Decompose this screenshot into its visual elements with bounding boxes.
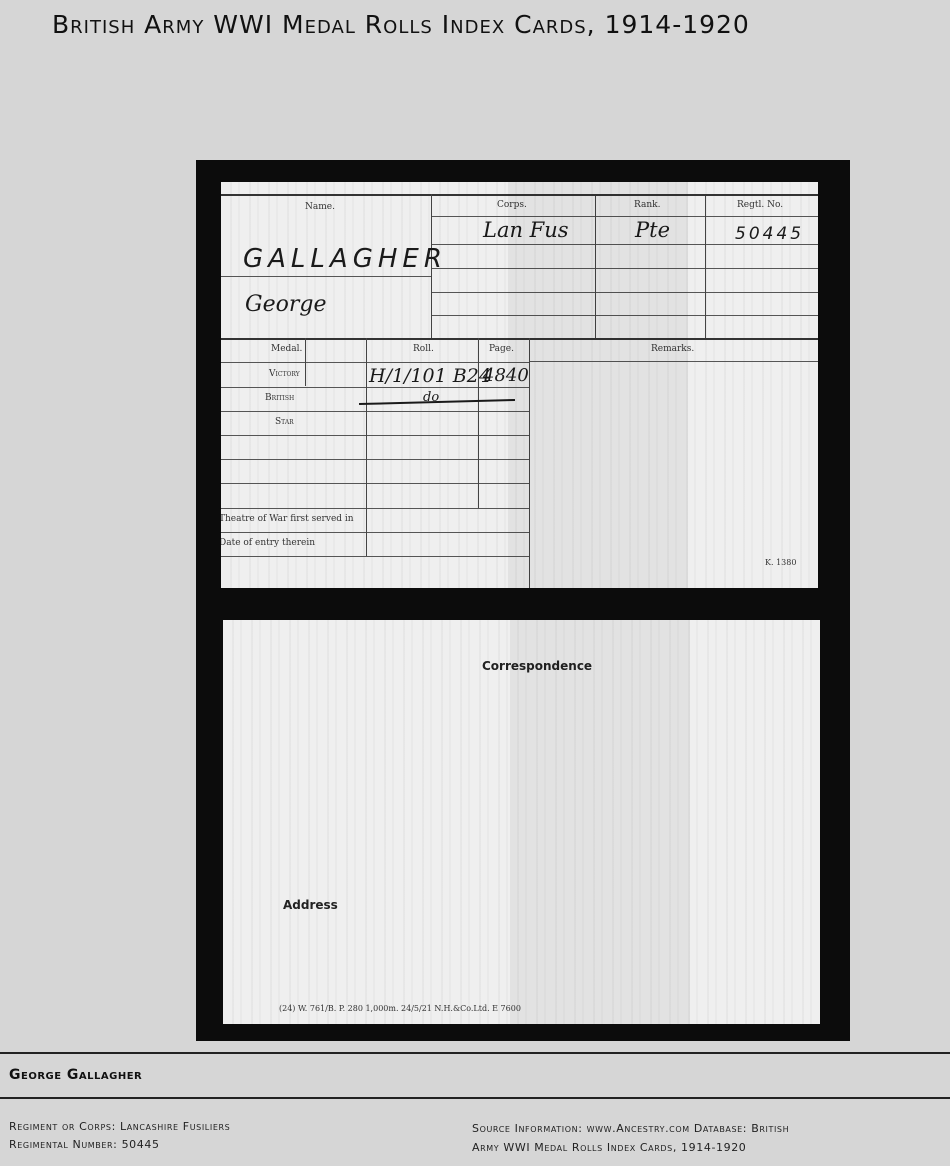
card-rule xyxy=(221,508,529,509)
footer-divider xyxy=(0,1052,950,1054)
card-rule xyxy=(431,216,818,217)
theatre-of-war-label: Theatre of War first served in xyxy=(221,514,354,524)
star-medal-label: Star xyxy=(275,417,294,427)
card-rule xyxy=(431,315,818,316)
card-rule xyxy=(221,435,529,436)
regtl-no-value: 50445 xyxy=(735,224,804,244)
soldier-name: George Gallagher xyxy=(9,1067,142,1083)
source-info-line-2: Army WWI Medal Rolls Index Cards, 1914-1… xyxy=(472,1139,746,1157)
rank-label: Rank. xyxy=(634,200,660,210)
index-card-back: Correspondence Address (24) W. 761/B. P.… xyxy=(223,620,820,1024)
card-rule xyxy=(478,338,479,508)
british-medal-label: British xyxy=(265,393,294,403)
card-rule xyxy=(221,338,818,340)
page-title: British Army WWI Medal Rolls Index Cards… xyxy=(52,10,750,39)
card-rule xyxy=(221,483,529,484)
card-rule xyxy=(221,194,818,196)
name-label: Name. xyxy=(305,202,335,212)
british-ditto-value: do xyxy=(423,390,439,405)
corps-label: Corps. xyxy=(497,200,527,210)
card-rule xyxy=(431,292,818,293)
roll-label: Roll. xyxy=(413,344,434,354)
card-rule xyxy=(305,338,306,386)
corps-value: Lan Fus xyxy=(483,218,569,242)
regimental-number-line: Regimental Number: 50445 xyxy=(9,1136,160,1154)
printer-imprint: (24) W. 761/B. P. 280 1,000m. 24/5/21 N.… xyxy=(279,1004,521,1013)
card-rule xyxy=(221,459,529,460)
card-rule xyxy=(431,268,818,269)
medal-label: Medal. xyxy=(271,344,302,354)
card-rule xyxy=(529,361,818,362)
address-label: Address xyxy=(283,898,338,912)
card-rule xyxy=(431,244,818,245)
remarks-label: Remarks. xyxy=(651,344,694,354)
card-rule xyxy=(366,338,367,556)
source-info-line-1: Source Information: www.Ancestry.com Dat… xyxy=(472,1120,789,1138)
surname-value: GALLAGHER xyxy=(243,244,447,274)
victory-page-value: 4840 xyxy=(483,365,529,386)
victory-roll-value: H/1/101 B24 xyxy=(369,365,491,387)
victory-medal-label: Victory xyxy=(269,369,300,379)
regtl-no-label: Regtl. No. xyxy=(737,200,783,210)
card-rule xyxy=(529,338,530,588)
card-rule xyxy=(221,276,431,277)
footer-divider xyxy=(0,1097,950,1099)
page-label: Page. xyxy=(489,344,514,354)
card-rule xyxy=(705,196,706,338)
card-rule xyxy=(221,387,529,388)
card-rule xyxy=(221,362,529,363)
date-of-entry-label: Date of entry therein xyxy=(221,538,315,548)
card-rule xyxy=(595,196,596,338)
card-rule xyxy=(221,411,529,412)
card-rule xyxy=(221,532,529,533)
index-card-front: Name. Corps. Rank. Regtl. No. GALLAGHER … xyxy=(221,182,818,588)
forename-value: George xyxy=(245,292,326,317)
rank-value: Pte xyxy=(635,218,670,242)
regiment-line: Regiment or Corps: Lancashire Fusiliers xyxy=(9,1118,230,1136)
card-rule xyxy=(221,556,529,557)
correspondence-label: Correspondence xyxy=(482,659,592,673)
form-number: K. 1380 xyxy=(765,558,796,567)
